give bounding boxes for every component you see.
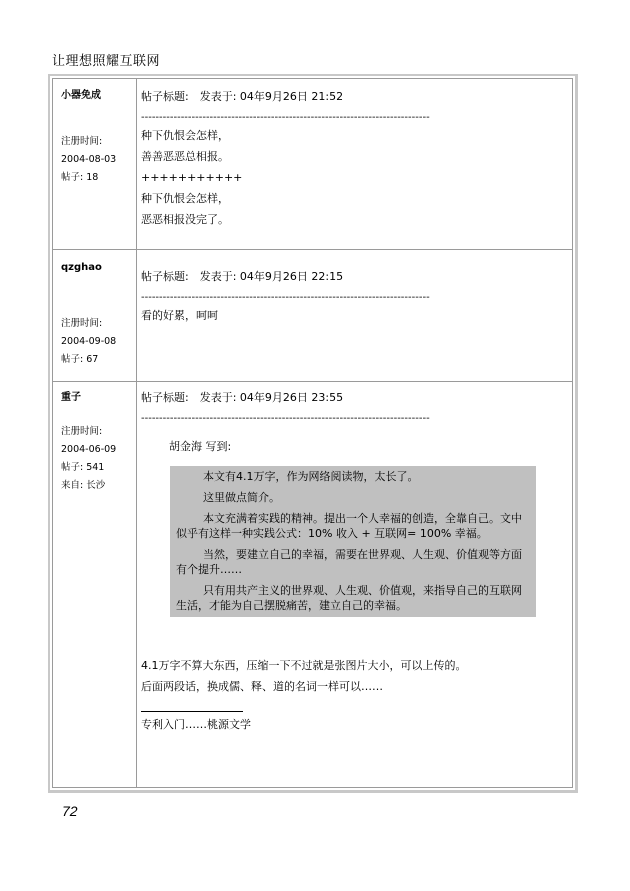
location: 来自: 长沙 [61, 477, 116, 495]
column-divider [136, 79, 137, 787]
quote-paragraph: 本文有4.1万字，作为网络阅读物，太长了。 [176, 469, 530, 484]
quote-paragraph: 本文充满着实践的精神。提出一个人幸福的创造，全靠自己。文中似乎有这样一种实践公式… [176, 511, 530, 541]
post-body: 帖子标题: 发表于: 04年9月26日 23:55 --------------… [141, 390, 561, 735]
reg-date: 2004-06-09 [61, 441, 116, 459]
post-line: 4.1万字不算大东西，压缩一下不过就是张图片大小，可以上传的。 [141, 655, 561, 676]
author-info: 重子 注册时间: 2004-06-09 帖子: 541 来自: 长沙 [61, 389, 116, 495]
row-divider [53, 381, 572, 382]
forum-thread-table: 小器免成 注册时间: 2004-08-03 帖子: 18 帖子标题: 发表于: … [48, 74, 578, 793]
separator: ----------------------------------------… [141, 412, 463, 426]
post-count: 帖子: 18 [61, 169, 116, 187]
page-title: 让理想照耀互联网 [52, 50, 160, 69]
post-header: 帖子标题: 发表于: 04年9月26日 21:52 [141, 89, 561, 105]
separator: ----------------------------------------… [141, 291, 463, 305]
reg-date: 2004-09-08 [61, 333, 116, 351]
post-body: 帖子标题: 发表于: 04年9月26日 21:52 --------------… [141, 89, 561, 230]
post-line: 种下仇恨会怎样， [141, 125, 561, 146]
post-line: 种下仇恨会怎样， [141, 188, 561, 209]
post-header: 帖子标题: 发表于: 04年9月26日 22:15 [141, 269, 561, 285]
post-header: 帖子标题: 发表于: 04年9月26日 23:55 [141, 390, 561, 406]
row-divider [53, 249, 572, 250]
reg-label: 注册时间: [61, 315, 116, 333]
post-body: 帖子标题: 发表于: 04年9月26日 22:15 --------------… [141, 269, 561, 326]
reg-label: 注册时间: [61, 423, 116, 441]
quote-author: 胡金海 写到: [169, 438, 561, 454]
quote-box: 本文有4.1万字，作为网络阅读物，太长了。 这里做点简介。 本文充满着实践的精神… [170, 466, 536, 617]
separator: ----------------------------------------… [141, 111, 463, 125]
signature: 专利入门……桃源文学 [141, 714, 561, 735]
post-line: 后面两段话，换成儒、释、道的名词一样可以…… [141, 676, 561, 697]
quote-paragraph: 只有用共产主义的世界观、人生观、价值观，来指导自己的互联网生活，才能为自己摆脱痛… [176, 583, 530, 613]
post-line: 善善恶恶总相报。 [141, 146, 561, 167]
post-count: 帖子: 541 [61, 459, 116, 477]
quote-paragraph: 这里做点简介。 [176, 490, 530, 505]
post-line: +++++++++++ [141, 167, 561, 188]
signature-divider [141, 711, 243, 712]
author-info: 小器免成 注册时间: 2004-08-03 帖子: 18 [61, 87, 116, 187]
post-count: 帖子: 67 [61, 351, 116, 369]
post-line: 看的好累，呵呵 [141, 305, 561, 326]
author-info: qzghao 注册时间: 2004-09-08 帖子: 67 [61, 259, 116, 369]
post-line: 恶恶相报没完了。 [141, 209, 561, 230]
reg-date: 2004-08-03 [61, 151, 116, 169]
quote-paragraph: 当然，要建立自己的幸福，需要在世界观、人生观、价值观等方面有个提升…… [176, 547, 530, 577]
author-username[interactable]: qzghao [61, 259, 116, 277]
page-number: 72 [62, 803, 78, 819]
author-username[interactable]: 小器免成 [61, 87, 116, 105]
author-username[interactable]: 重子 [61, 389, 116, 407]
reg-label: 注册时间: [61, 133, 116, 151]
